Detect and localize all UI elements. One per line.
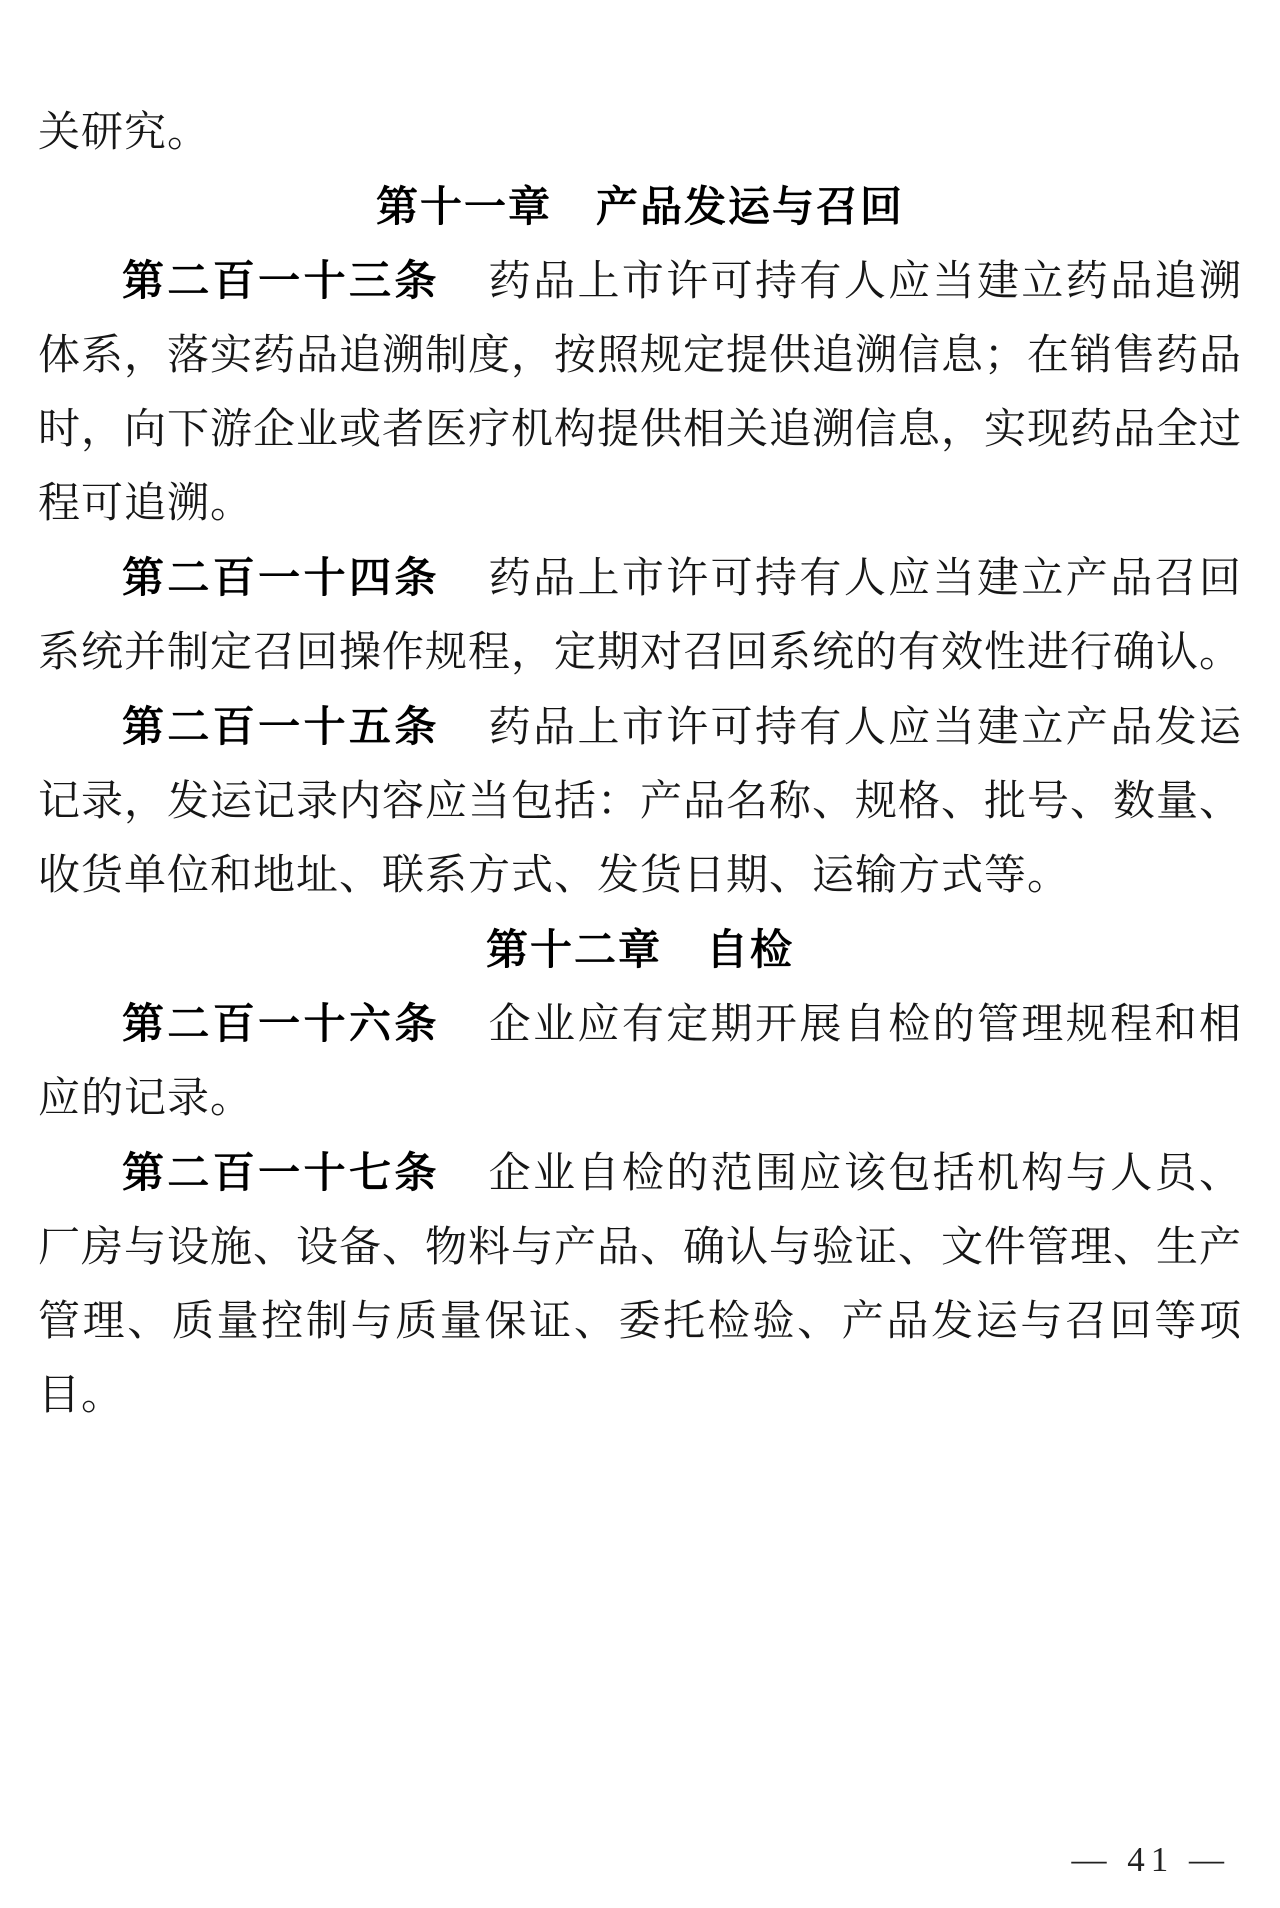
chapter-11-title: 第十一章 产品发运与召回 (376, 183, 904, 230)
article-216-paragraph: 第二百一十六条 企业应有定期开展自检的管理规程和相应的记录。 (38, 987, 1242, 1136)
document-content: 关研究。 第十一章 产品发运与召回 第二百一十三条 药品上市许可持有人应当建立药… (38, 0, 1242, 1433)
article-217-number: 第二百一十七条 (122, 1149, 440, 1196)
article-217-paragraph: 第二百一十七条 企业自检的范围应该包括机构与人员、厂房与设施、设备、物料与产品、… (38, 1136, 1242, 1433)
document-page: 关研究。 第十一章 产品发运与召回 第二百一十三条 药品上市许可持有人应当建立药… (0, 0, 1280, 1908)
article-213-number: 第二百一十三条 (122, 257, 440, 304)
paragraph-continuation-text: 关研究。 (38, 110, 210, 156)
article-215-number: 第二百一十五条 (122, 703, 440, 750)
article-216-number: 第二百一十六条 (122, 1000, 440, 1047)
article-213-paragraph: 第二百一十三条 药品上市许可持有人应当建立药品追溯体系，落实药品追溯制度，按照规… (38, 244, 1242, 541)
chapter-11-heading: 第十一章 产品发运与召回 (38, 170, 1242, 244)
paragraph-continuation: 关研究。 (38, 96, 1242, 170)
article-215-paragraph: 第二百一十五条 药品上市许可持有人应当建立产品发运记录，发运记录内容应当包括：产… (38, 690, 1242, 913)
page-number: — 41 — (1072, 1840, 1231, 1880)
chapter-12-heading: 第十二章 自检 (38, 913, 1242, 987)
article-214-paragraph: 第二百一十四条 药品上市许可持有人应当建立产品召回系统并制定召回操作规程，定期对… (38, 541, 1242, 690)
article-214-number: 第二百一十四条 (122, 554, 440, 601)
chapter-12-title: 第十二章 自检 (486, 926, 794, 973)
